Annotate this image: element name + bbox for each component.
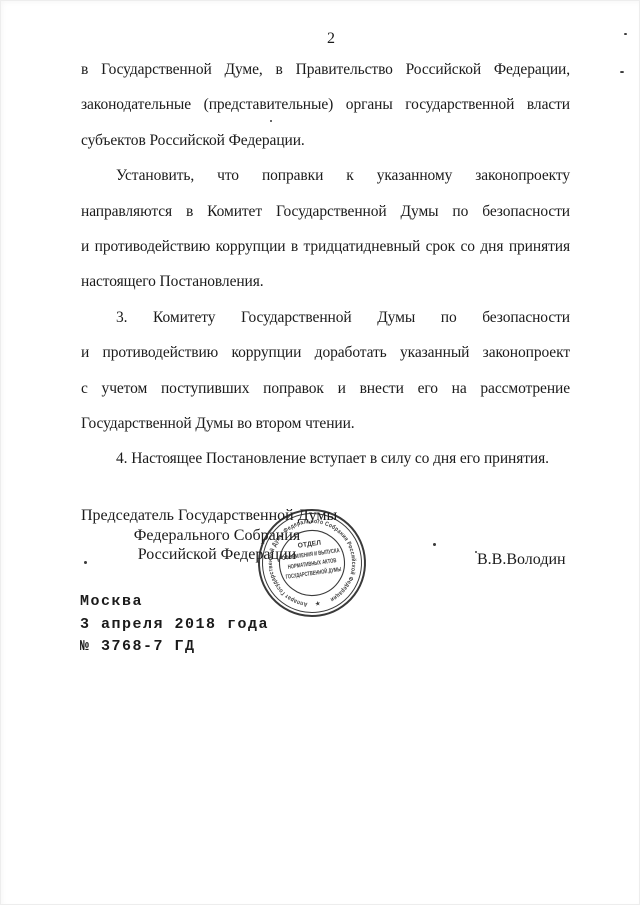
document-line: направляются в Комитет Государственной Д… [81, 194, 570, 229]
scan-speck [84, 561, 87, 564]
document-line: Государственной Думы во втором чтении. [81, 406, 570, 441]
signature-block: Председатель Государственной ДумыФедерал… [81, 506, 353, 565]
scan-speck [475, 551, 477, 553]
signer-name: В.В.Володин [477, 551, 566, 569]
signature-title-line: Российской Федерации [81, 545, 353, 565]
scan-speck [270, 120, 272, 122]
document-line: субъектов Российской Федерации. [81, 123, 570, 158]
document-line: и противодействию коррупции доработать у… [81, 335, 570, 370]
document-line: с учетом поступивших поправок и внести е… [81, 371, 570, 406]
stamp-center-text-line: ГОСУДАРСТВЕННОЙ ДУМЫ [285, 565, 342, 581]
scan-speck [624, 33, 627, 35]
document-line: Установить, что поправки к указанному за… [81, 158, 570, 193]
document-line: и противодействию коррупции в тридцатидн… [81, 229, 570, 264]
page-number: 2 [22, 30, 640, 48]
stamp-star-icon: ★ [314, 600, 321, 608]
document-line: 3. Комитету Государственной Думы по безо… [81, 300, 570, 335]
scan-speck [620, 71, 624, 73]
document-line: 4. Настоящее Постановление вступает в си… [81, 441, 570, 476]
signature-title-line: Председатель Государственной Думы [81, 506, 353, 526]
scan-speck [433, 543, 436, 546]
footer-date: 3 апреля 2018 года [80, 614, 269, 637]
footer-number: № 3768-7 ГД [80, 636, 269, 659]
document-line: законодательные (представительные) орган… [81, 87, 570, 122]
footer-block: Москва 3 апреля 2018 года № 3768-7 ГД [80, 591, 269, 659]
document-page: 2 в Государственной Думе, в Правительств… [0, 0, 640, 905]
footer-city: Москва [80, 591, 269, 614]
document-line: настоящего Постановления. [81, 264, 570, 299]
document-body: в Государственной Думе, в Правительство … [81, 52, 570, 477]
signature-title-line: Федерального Собрания [81, 526, 353, 546]
document-line: в Государственной Думе, в Правительство … [81, 52, 570, 87]
